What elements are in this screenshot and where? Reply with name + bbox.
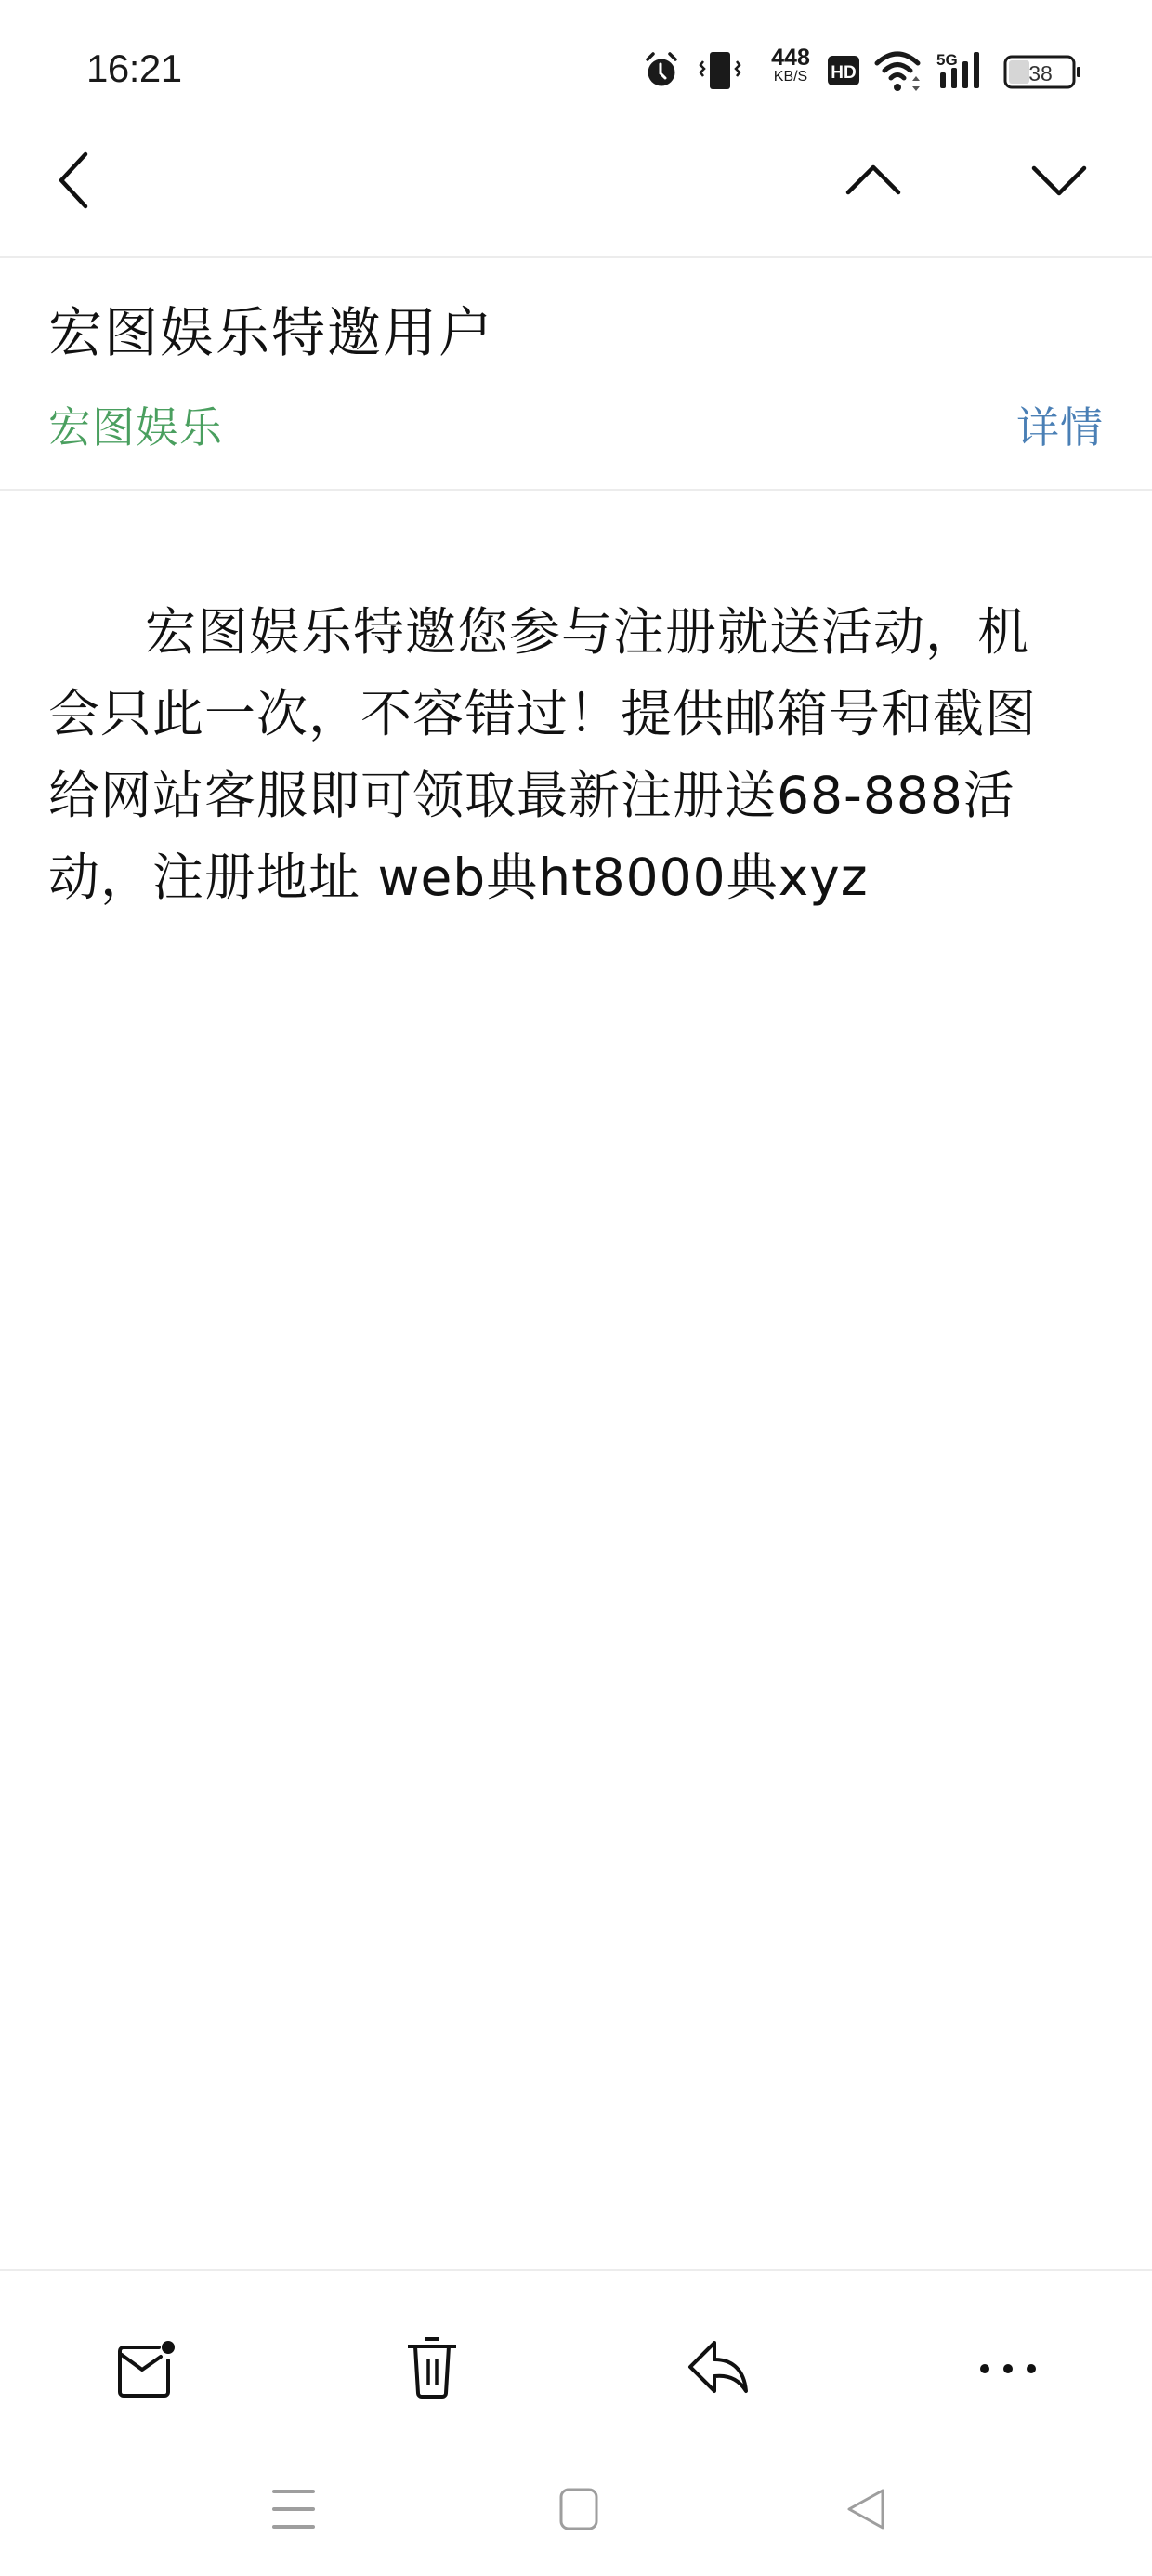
menu-icon xyxy=(270,2486,317,2532)
more-horizontal-icon xyxy=(971,2355,1045,2383)
svg-text:HD: HD xyxy=(831,63,856,83)
email-body-line: 动，注册地址 web典ht8000典xyz xyxy=(48,836,1107,918)
status-time: 16:21 xyxy=(86,45,182,93)
network-speed: 448 KB/S xyxy=(764,46,818,85)
subject-divider xyxy=(0,489,1152,491)
svg-text:38: 38 xyxy=(1028,61,1053,85)
svg-text:5G: 5G xyxy=(936,51,958,69)
battery-icon: 38 xyxy=(1003,41,1083,99)
vibrate-icon xyxy=(697,41,743,99)
reply-button[interactable] xyxy=(669,2318,771,2420)
recents-button[interactable] xyxy=(252,2472,335,2546)
email-body: 宏图娱乐特邀您参与注册就送活动，机 会只此一次，不容错过！提供邮箱号和截图 给网… xyxy=(48,591,1107,918)
next-email-button[interactable] xyxy=(1017,149,1101,214)
alarm-icon xyxy=(643,41,680,99)
triangle-back-icon xyxy=(842,2486,888,2532)
status-icons: 448 KB/S HD 5G 38 xyxy=(641,41,1087,99)
wifi-icon xyxy=(873,41,925,99)
mail-unread-icon xyxy=(107,2336,181,2401)
chevron-up-icon xyxy=(848,167,898,192)
email-body-line: 会只此一次，不容错过！提供邮箱号和截图 xyxy=(48,673,1107,755)
email-body-line: 给网站客服即可领取最新注册送68-888活 xyxy=(48,755,1107,836)
home-icon xyxy=(556,2486,602,2532)
network-speed-unit: KB/S xyxy=(764,69,818,85)
hd-icon: HD xyxy=(827,41,860,99)
reply-icon xyxy=(681,2333,759,2404)
mark-unread-button[interactable] xyxy=(93,2318,195,2420)
home-button[interactable] xyxy=(537,2472,621,2546)
status-bar: 16:21 448 KB/S HD xyxy=(0,0,1152,139)
chevron-left-icon xyxy=(61,154,85,206)
network-speed-value: 448 xyxy=(764,46,818,69)
email-body-line: 宏图娱乐特邀您参与注册就送活动，机 xyxy=(48,591,1107,673)
header-divider xyxy=(0,256,1152,258)
system-nav-bar xyxy=(0,2444,1152,2576)
cellular-signal-icon: 5G xyxy=(936,41,992,99)
details-link[interactable]: 详情 xyxy=(1016,400,1104,455)
delete-button[interactable] xyxy=(381,2318,483,2420)
top-nav xyxy=(0,139,1152,257)
system-back-button[interactable] xyxy=(823,2472,907,2546)
email-subject: 宏图娱乐特邀用户 xyxy=(48,299,494,366)
bottom-toolbar xyxy=(0,2271,1152,2438)
chevron-down-icon xyxy=(1034,168,1084,193)
more-button[interactable] xyxy=(957,2318,1059,2420)
previous-email-button[interactable] xyxy=(831,149,915,214)
back-button[interactable] xyxy=(37,139,111,223)
trash-icon xyxy=(395,2332,469,2406)
sender-name[interactable]: 宏图娱乐 xyxy=(48,400,223,455)
